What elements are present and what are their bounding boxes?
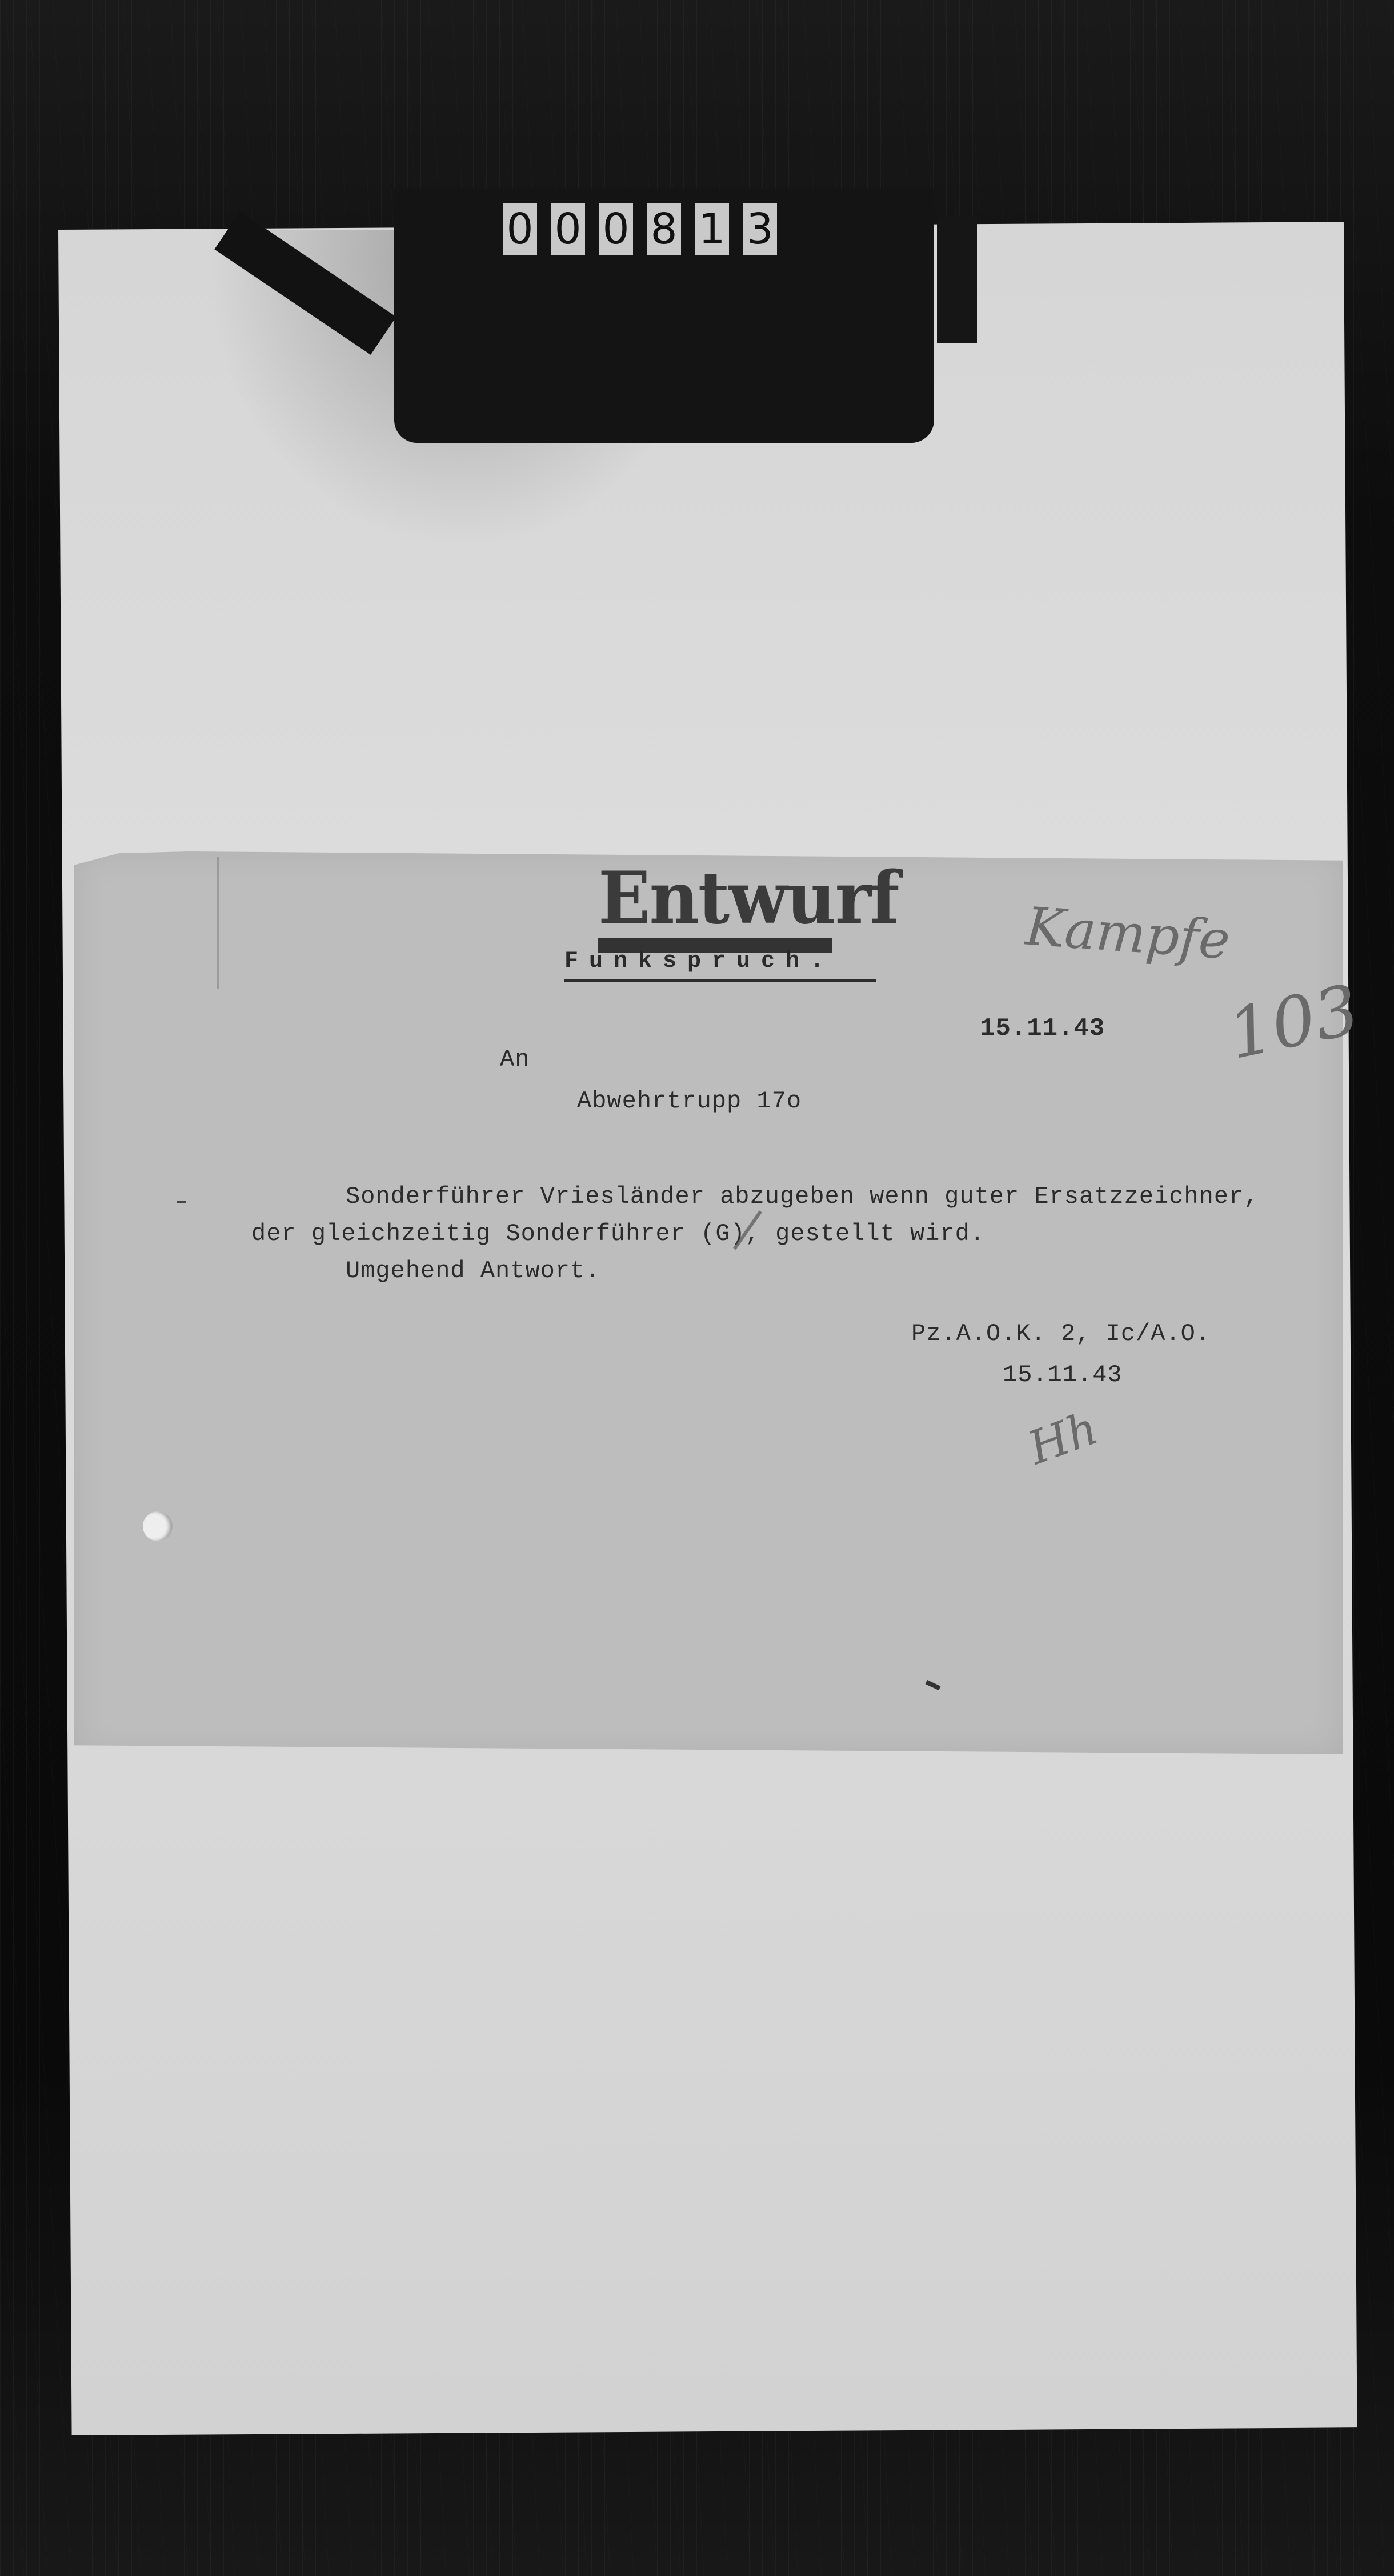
heading-underline [564, 979, 876, 982]
addressee-label: An [500, 1046, 530, 1073]
document-sheet [74, 851, 1343, 1754]
addressee: Abwehrtrupp 17o [577, 1087, 802, 1115]
sheet-crease [217, 857, 219, 989]
margin-mark [177, 1201, 186, 1203]
punch-hole [143, 1511, 173, 1541]
form-type-heading: Funkspruch. [564, 949, 835, 974]
sender: Pz.A.O.K. 2, Ic/A.O. [911, 1320, 1211, 1347]
body-line-2: der gleichzeitig Sonderführer (G), geste… [251, 1220, 985, 1247]
body-line-1: Sonderführer Vriesländer abzugeben wenn … [346, 1183, 1259, 1210]
counter-digit: 3 [743, 203, 777, 255]
counter-digit: 0 [551, 203, 585, 255]
counter-holder-tab [937, 217, 977, 343]
body-line-3: Umgehend Antwort. [346, 1257, 600, 1285]
date-bottom: 15.11.43 [1003, 1361, 1123, 1389]
stamp-text: Entwurf [598, 862, 832, 934]
counter-digit: 8 [647, 203, 681, 255]
frame-counter: 0 0 0 8 1 3 [503, 203, 777, 255]
counter-digit: 1 [695, 203, 729, 255]
entwurf-stamp: Entwurf [598, 864, 832, 950]
date-top: 15.11.43 [980, 1014, 1105, 1043]
counter-digit: 0 [503, 203, 537, 255]
counter-digit: 0 [599, 203, 633, 255]
